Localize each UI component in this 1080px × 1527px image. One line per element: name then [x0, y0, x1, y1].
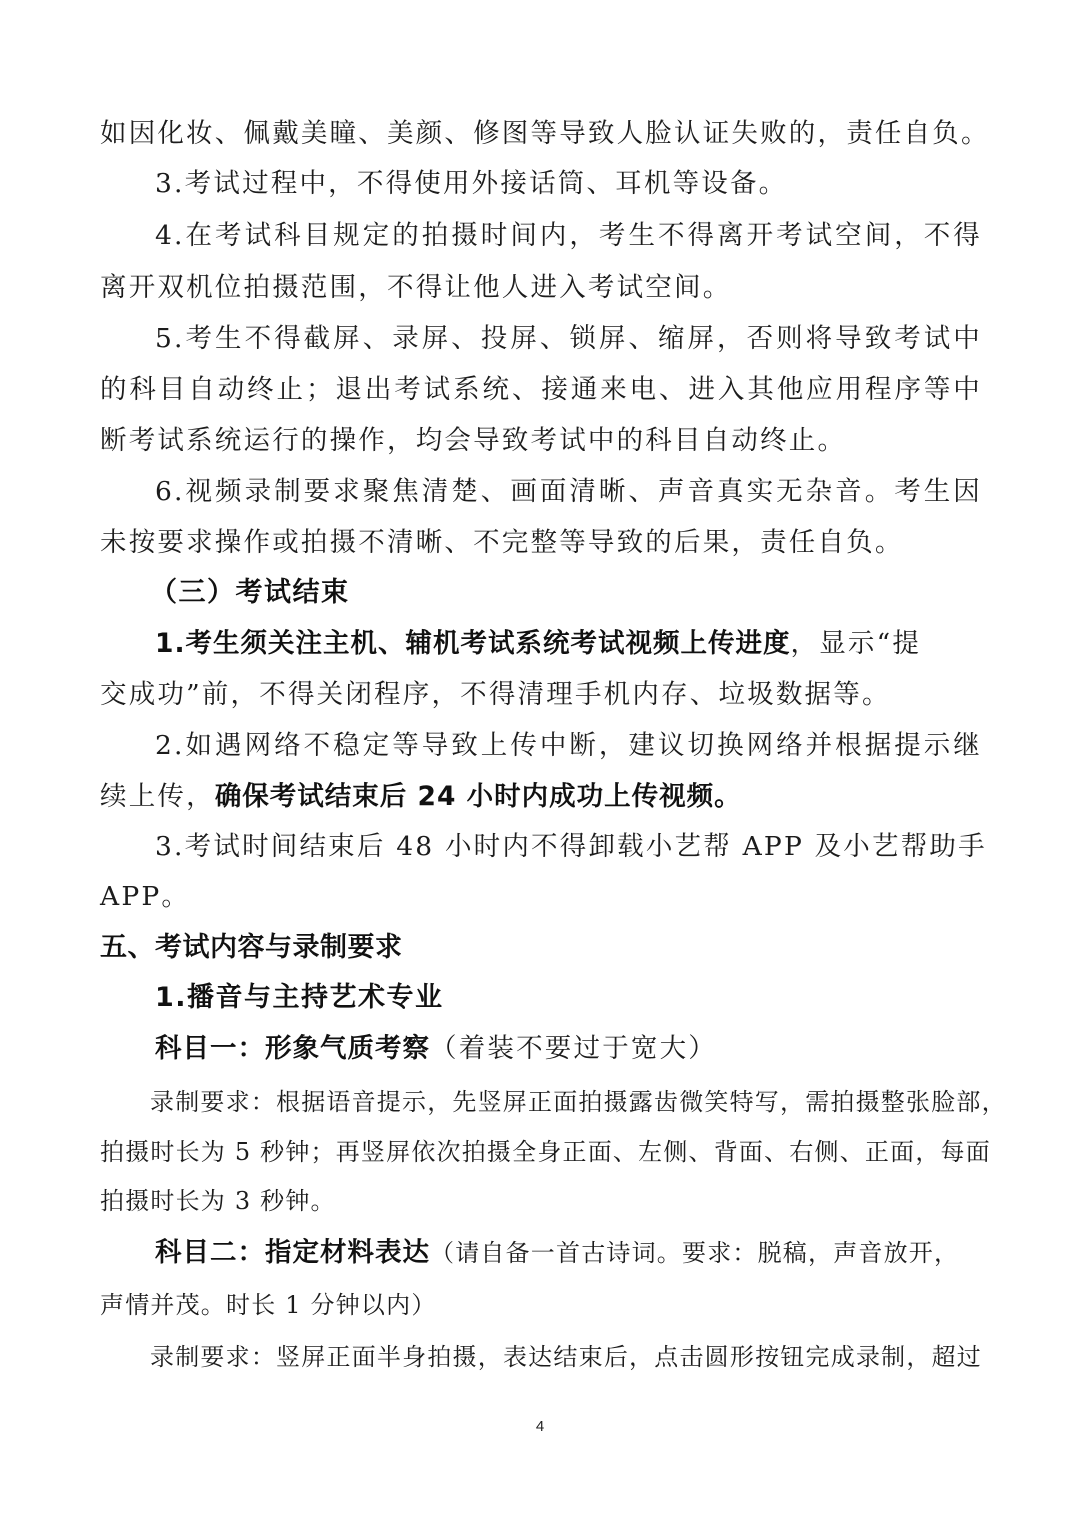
paragraph-line: APP。 — [100, 879, 982, 915]
paragraph-line: 拍摄时长为 3 秒钟。 — [100, 1183, 982, 1219]
paragraph-line: 的科目自动终止；退出考试系统、接通来电、进入其他应用程序等中 — [100, 372, 982, 408]
bold-text: 科目二：指定材料表达 — [155, 1237, 430, 1268]
page-number: 4 — [0, 1418, 1080, 1435]
paragraph-line: 拍摄时长为 5 秒钟；再竖屏依次拍摄全身正面、左侧、背面、右侧、正面，每面 — [100, 1134, 982, 1170]
text: （请自备一首古诗词。要求：脱稿，声音放开， — [430, 1239, 959, 1267]
paragraph-line: 声情并茂。时长 1 分钟以内） — [100, 1287, 982, 1323]
document-page: 如因化妆、佩戴美瞳、美颜、修图等导致人脸认证失败的，责任自负。 3.考试过程中，… — [0, 0, 1080, 1527]
paragraph-line: 续上传，确保考试结束后 24 小时内成功上传视频。 — [100, 779, 982, 815]
rule-item-3: 3.考试过程中，不得使用外接话筒、耳机等设备。 — [155, 166, 982, 202]
exam-end-item-2: 2.如遇网络不稳定等导致上传中断，建议切换网络并根据提示继 — [155, 728, 982, 764]
bold-text: 确保考试结束后 24 小时内成功上传视频。 — [215, 781, 742, 812]
subject-1-requirement: 录制要求：根据语音提示，先竖屏正面拍摄露齿微笑特写，需拍摄整张脸部， — [150, 1084, 982, 1120]
text: （着装不要过于宽大） — [430, 1033, 717, 1064]
exam-end-item-1: 1.考生须关注主机、辅机考试系统考试视频上传进度，显示“提 — [155, 626, 982, 662]
rule-item-5: 5.考生不得截屏、录屏、投屏、锁屏、缩屏，否则将导致考试中 — [155, 321, 982, 357]
subject-1-heading: 科目一：形象气质考察（着装不要过于宽大） — [155, 1031, 1037, 1067]
paragraph-line: 离开双机位拍摄范围，不得让他人进入考试空间。 — [100, 270, 982, 306]
subject-2-requirement: 录制要求：竖屏正面半身拍摄，表达结束后，点击圆形按钮完成录制，超过 — [150, 1339, 982, 1375]
section-heading-exam-content: 五、考试内容与录制要求 — [100, 930, 982, 966]
text: ，显示“提 — [791, 628, 922, 659]
rule-item-4: 4.在考试科目规定的拍摄时间内，考生不得离开考试空间，不得 — [155, 218, 982, 254]
paragraph-line: 断考试系统运行的操作，均会导致考试中的科目自动终止。 — [100, 423, 982, 459]
rule-item-6: 6.视频录制要求聚焦清楚、画面清晰、声音真实无杂音。考生因 — [155, 474, 982, 510]
paragraph-line: 交成功”前，不得关闭程序，不得清理手机内存、垃圾数据等。 — [100, 677, 982, 713]
paragraph-line: 未按要求操作或拍摄不清晰、不完整等导致的后果，责任自负。 — [100, 525, 982, 561]
text: 续上传， — [100, 781, 215, 812]
bold-text: 科目一：形象气质考察 — [155, 1033, 430, 1064]
major-heading: 1.播音与主持艺术专业 — [155, 980, 1037, 1016]
bold-text: 1.考生须关注主机、辅机考试系统考试视频上传进度 — [155, 628, 791, 659]
section-heading-exam-end: （三）考试结束 — [150, 575, 1032, 611]
paragraph-line: 如因化妆、佩戴美瞳、美颜、修图等导致人脸认证失败的，责任自负。 — [100, 116, 982, 152]
exam-end-item-3: 3.考试时间结束后 48 小时内不得卸载小艺帮 APP 及小艺帮助手 — [155, 829, 982, 865]
subject-2-heading: 科目二：指定材料表达（请自备一首古诗词。要求：脱稿，声音放开， — [155, 1235, 1037, 1271]
